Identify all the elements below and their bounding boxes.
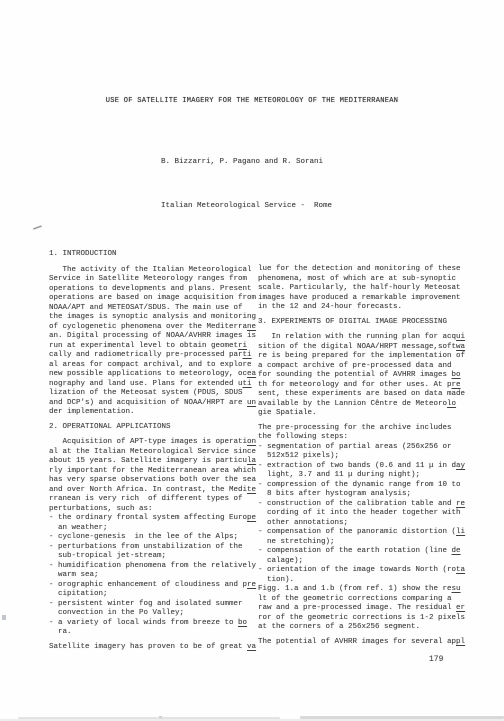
text-line: 512x512 pixels); [258, 452, 470, 462]
paragraph: Figg. 1.a and 1.b (from ref. 1) show the… [258, 585, 470, 633]
page-number: 179 [429, 655, 443, 664]
text-line: - extraction of two bands (0.6 and 11 μ … [258, 462, 470, 472]
text-line: warm sea; [49, 571, 261, 581]
text-line: of cyclogenetic phenomena over the Medit… [49, 323, 261, 333]
text-line: der implementation. [49, 408, 261, 418]
text-line: an weather; [49, 524, 261, 534]
text-line: light, 3.7 and 11 μ during night); [258, 471, 470, 481]
text-line: operations to developments and plans. Pr… [49, 285, 261, 295]
paragraph: In relation with the running plan for ac… [258, 333, 470, 419]
text-line: al areas for compact archival, and to ex… [49, 361, 261, 371]
page-title: USE OF SATELLITE IMAGERY FOR THE METEORO… [0, 97, 504, 105]
text-line: and DCP's) and acquisition of NOAA/HRPT … [49, 399, 261, 409]
text-line: - a variety of local winds from breeze t… [49, 619, 261, 629]
text-line: operations are based on image acquisitio… [49, 294, 261, 304]
text-line: tion). [258, 576, 470, 586]
authors-line: B. Bizzarri, P. Pagano and R. Sorani [161, 155, 332, 170]
text-line: ra. [49, 628, 261, 638]
paragraph: - the ordinary frontal system affecting … [49, 514, 261, 638]
text-line: - segmentation of partial areas (256x256… [258, 443, 470, 453]
text-line: new possible applications to meteorology… [49, 370, 261, 380]
text-line: re is being prepared for the implementat… [258, 352, 470, 362]
text-line: at the corners of a 256x256 segment. [258, 623, 470, 633]
text-line: - humidification phenomena from the rela… [49, 562, 261, 572]
paragraph: The pre-processing for the archive inclu… [258, 424, 470, 443]
text-line: Figg. 1.a and 1.b (from ref. 1) show the… [258, 585, 470, 595]
text-line: NOAA/APT and METEOSAT/SDUS. The main use… [49, 304, 261, 314]
text-line: an. Digital processing of NOAA/AVHRR ima… [49, 332, 261, 342]
paragraph: Acquisition of APT-type images is operat… [49, 438, 261, 514]
affiliation-line: Italian Meteorological Service - Rome [161, 199, 332, 214]
text-line: ne stretching); [258, 538, 470, 548]
text-line: - orographic enhancement of cloudiness a… [49, 581, 261, 591]
text-line: - cyclone-genesis in the lee of the Alps… [49, 533, 261, 543]
text-line: sition of the digital NOAA/HRPT message,… [258, 343, 470, 353]
paragraph: lue for the detection and monitoring of … [258, 265, 470, 313]
text-line: lt of the geometric corrections comparin… [258, 595, 470, 605]
paragraph: Satellite imagery has proven to be of gr… [49, 643, 261, 653]
text-line: raw and a pre-processed image. The resid… [258, 604, 470, 614]
section-heading: 1. INTRODUCTION [49, 250, 261, 260]
text-line: convection in the Po Valley; [49, 609, 261, 619]
text-line: Acquisition of APT-type images is operat… [49, 438, 261, 448]
text-line: has very sparse observations both over t… [49, 476, 261, 486]
text-line: th for meteorology and for other uses. A… [258, 381, 470, 391]
text-line: cording of it into the header together w… [258, 509, 470, 519]
text-line: phenomena, most of which are at sub-syno… [258, 275, 470, 285]
text-line: perturbations, such as: [49, 505, 261, 515]
text-line: - persistent winter fog and isolated sum… [49, 600, 261, 610]
text-line: scale. Particularly, the half-hourly Met… [258, 284, 470, 294]
paragraph: - segmentation of partial areas (256x256… [258, 443, 470, 586]
text-line: - construction of the calibration table … [258, 500, 470, 510]
text-line: rly important for the Mediterranean area… [49, 467, 261, 477]
text-line: for sounding the potential of AVHRR imag… [258, 371, 470, 381]
text-line: and over North Africa. In contrast, the … [49, 486, 261, 496]
text-line: the images is synoptic analysis and moni… [49, 313, 261, 323]
text-line: - orientation of the image towards North… [258, 566, 470, 576]
text-line: run at experimental level to obtain geom… [49, 342, 261, 352]
text-line: The activity of the Italian Meteorologic… [49, 266, 261, 276]
text-line: - perturbations from unstabilization of … [49, 543, 261, 553]
text-line: rranean is very rich of different types … [49, 495, 261, 505]
text-line: in the 12 and 24-hour forecasts. [258, 303, 470, 313]
text-line: available by the Lannion Cêntre de Meteo… [258, 400, 470, 410]
text-line: - the ordinary frontal system affecting … [49, 514, 261, 524]
text-line: - compression of the dynamic range from … [258, 481, 470, 491]
text-line: gie Spatiale. [258, 409, 470, 419]
document-page: USE OF SATELLITE IMAGERY FOR THE METEORO… [0, 0, 504, 721]
text-line: cipitation; [49, 590, 261, 600]
scan-speck [2, 615, 6, 620]
text-line: other annotations; [258, 519, 470, 529]
text-line: Satellite imagery has proven to be of gr… [49, 643, 261, 653]
text-line: Service in Satellite Meteorology ranges … [49, 275, 261, 285]
paragraph: The potential of AVHRR images for severa… [258, 638, 470, 648]
paragraph: The activity of the Italian Meteorologic… [49, 266, 261, 418]
section-heading: 2. OPERATIONAL APPLICATIONS [49, 423, 261, 433]
text-line: about 15 years. Satellite imagery is par… [49, 457, 261, 467]
text-line: 8 bits after hystogram analysis; [258, 490, 470, 500]
column-right: lue for the detection and monitoring of … [258, 265, 470, 647]
text-line: al at the Italian Meteorological Service… [49, 448, 261, 458]
text-line: The pre-processing for the archive inclu… [258, 424, 470, 434]
text-line: images have produced a remarkable improv… [258, 294, 470, 304]
text-line: lization of the Meteosat system (PDUS, S… [49, 389, 261, 399]
text-line: ror of the geometric corrections is 1-2 … [258, 614, 470, 624]
byline: B. Bizzarri, P. Pagano and R. Sorani Ita… [161, 126, 332, 242]
pencil-mark [33, 226, 42, 230]
text-line: a compact archive of pre-processed data … [258, 362, 470, 372]
text-line: nography and land use. Plans for extende… [49, 380, 261, 390]
text-line: - compensation of the panoramic distorti… [258, 528, 470, 538]
text-line: sent, these experiments are based on dat… [258, 390, 470, 400]
text-line: sub-tropical jet-stream; [49, 552, 261, 562]
text-line: The potential of AVHRR images for severa… [258, 638, 470, 648]
column-left: 1. INTRODUCTION The activity of the Ital… [49, 250, 261, 652]
text-line: In relation with the running plan for ac… [258, 333, 470, 343]
text-line: the following steps: [258, 433, 470, 443]
section-heading: 3. EXPERIMENTS OF DIGITAL IMAGE PROCESSI… [258, 318, 470, 328]
text-line: - compensation of the earth rotation (li… [258, 547, 470, 557]
text-line: calage); [258, 557, 470, 567]
text-line: cally and radiometrically pre-processed … [49, 351, 261, 361]
text-line: lue for the detection and monitoring of … [258, 265, 470, 275]
